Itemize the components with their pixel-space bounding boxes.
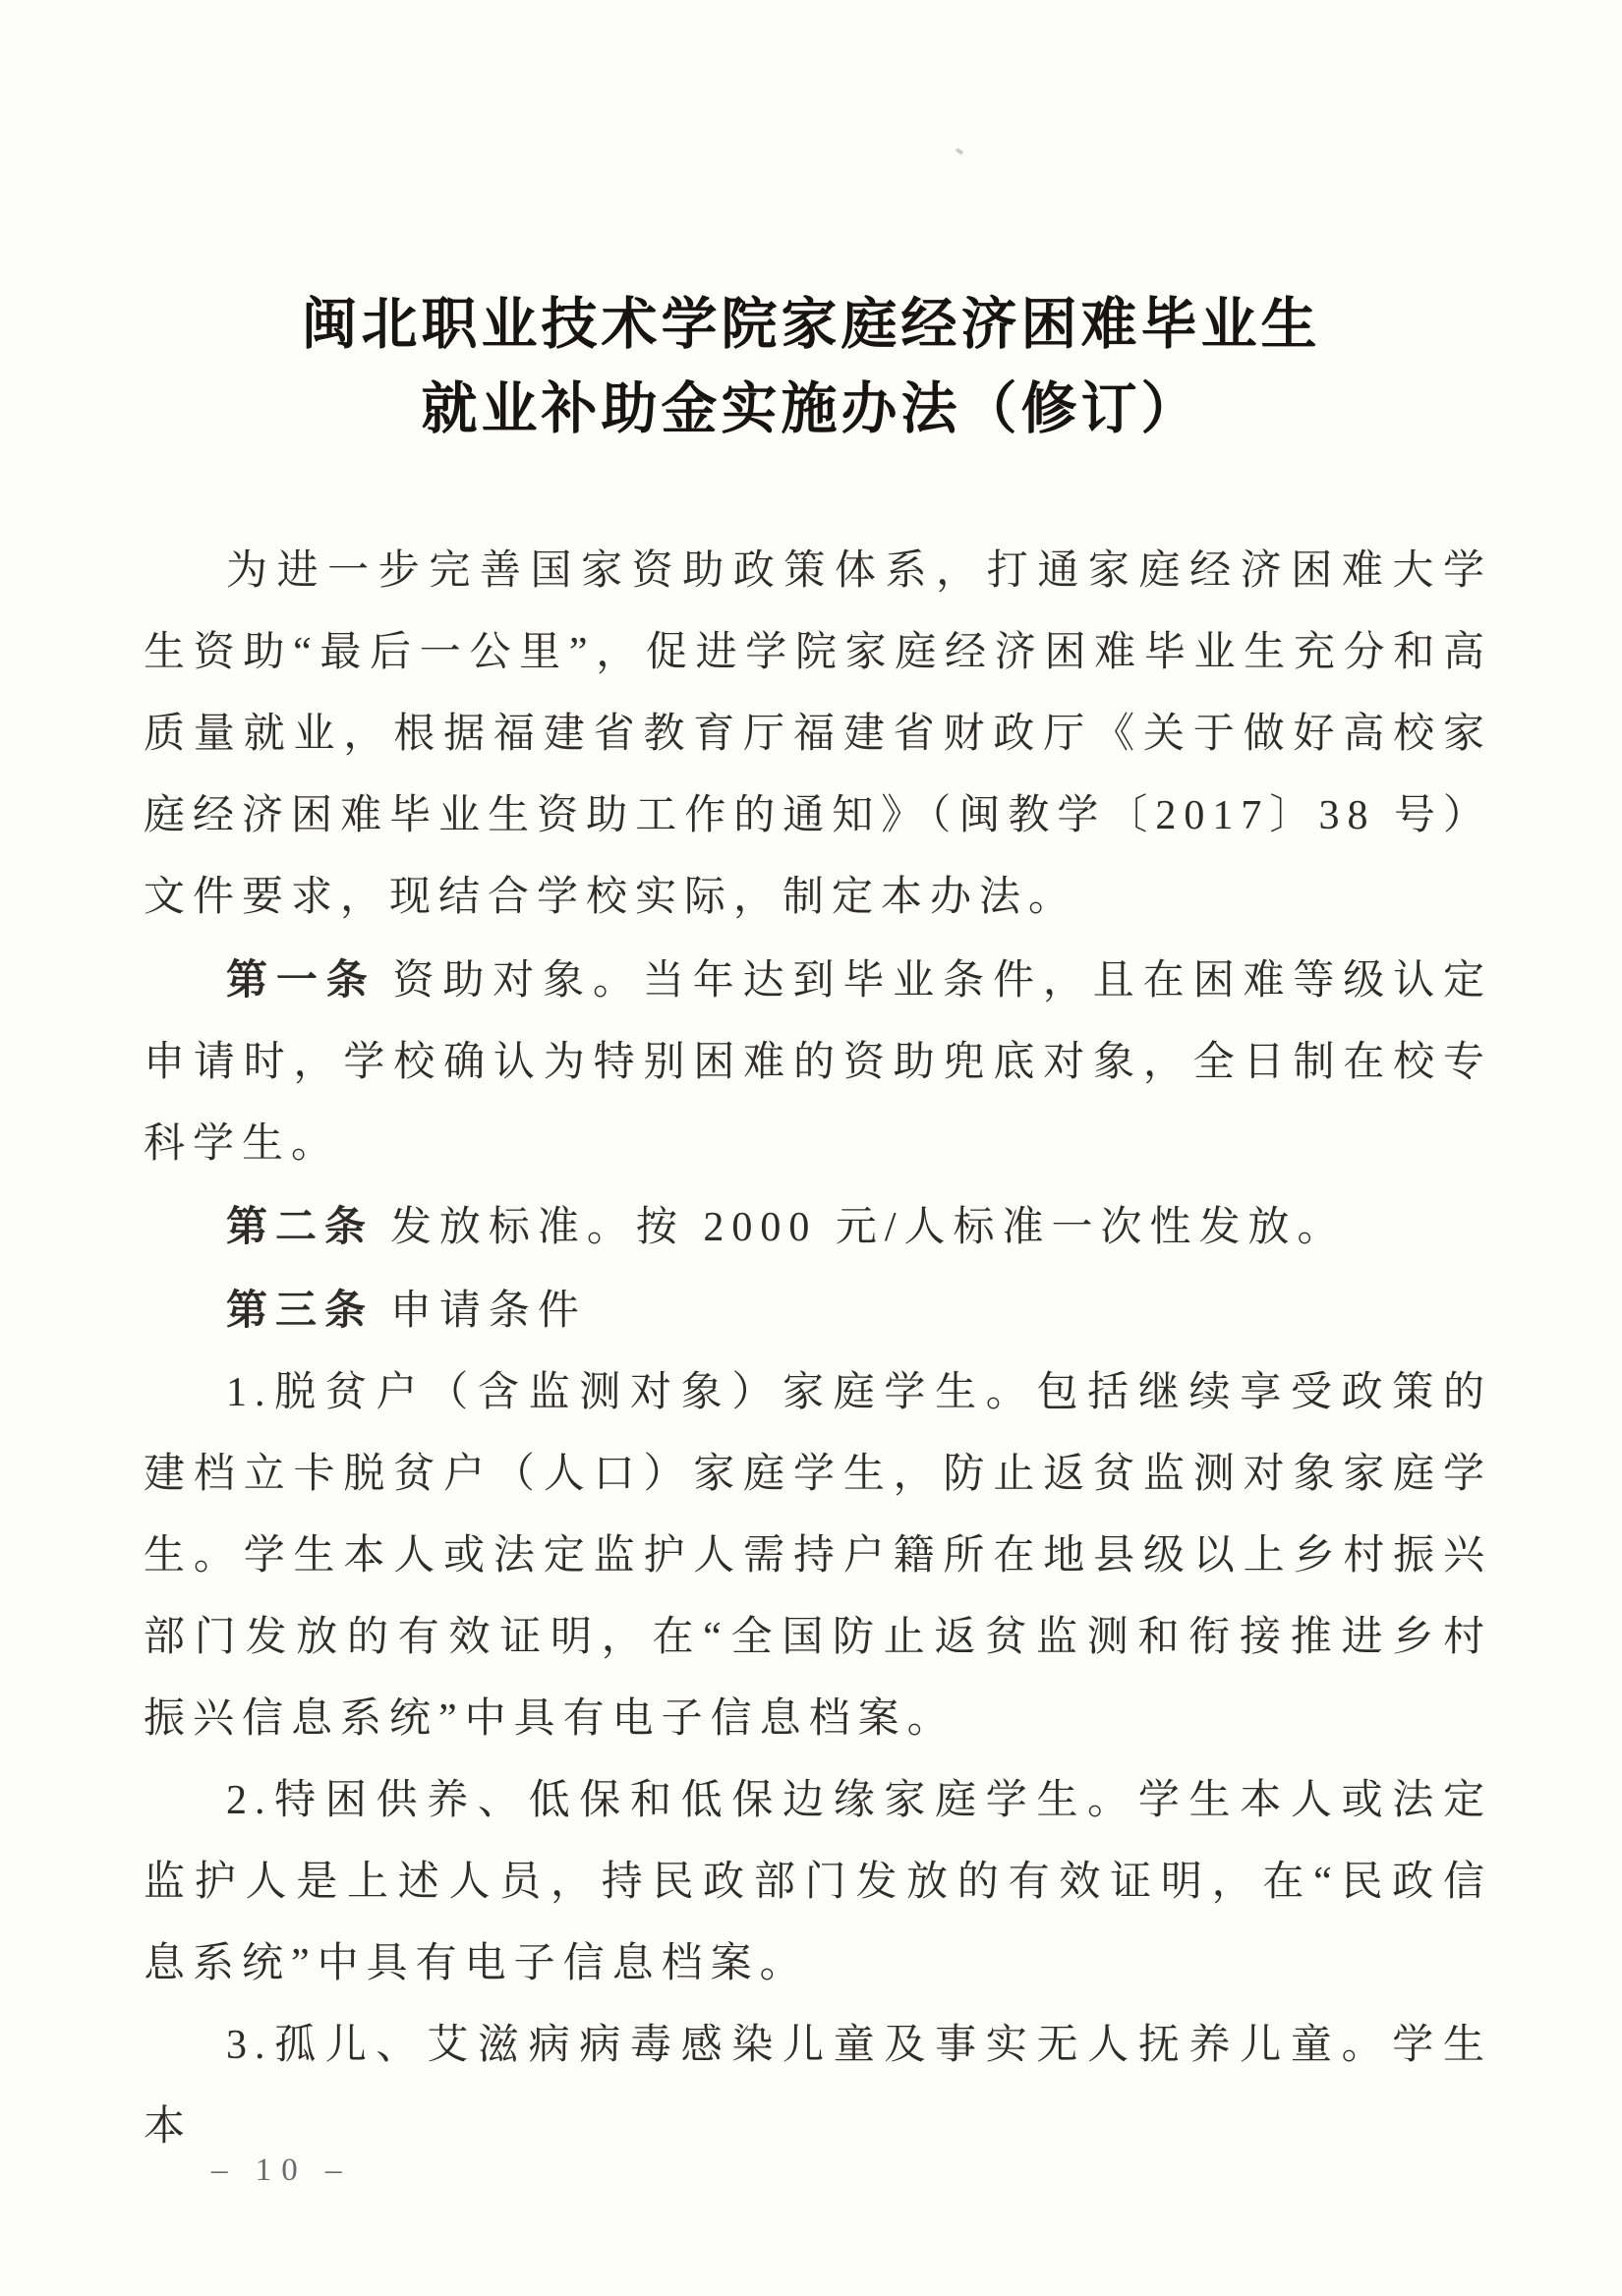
paragraph-intro: 为进一步完善国家资助政策体系，打通家庭经济困难大学生资助“最后一公里”，促进学院… xyxy=(144,531,1492,939)
scan-speck xyxy=(956,147,964,155)
article-3-lead: 第三条 xyxy=(226,1287,374,1333)
article-2-lead: 第二条 xyxy=(226,1203,374,1249)
paragraph-text: 2.特困供养、低保和低保边缘家庭学生。学生本人或法定监护人是上述人员，持民政部门… xyxy=(144,1778,1492,1986)
title-line-1: 闽北职业技术学院家庭经济困难毕业生 xyxy=(0,283,1622,368)
paragraph-text: 3.孤儿、艾滋病病毒感染儿童及事实无人抚养儿童。学生本 xyxy=(144,2023,1492,2150)
paragraph-article-1: 第一条资助对象。当年达到毕业条件，且在困难等级认定申请时，学校确认为特别困难的资… xyxy=(144,939,1492,1185)
paragraph-text: 1.脱贫户（含监测对象）家庭学生。包括继续享受政策的建档立卡脱贫户（人口）家庭学… xyxy=(144,1370,1492,1742)
scanned-document-page: 闽北职业技术学院家庭经济困难毕业生 就业补助金实施办法（修订） 为进一步完善国家… xyxy=(0,0,1622,2296)
paragraph-text: 发放标准。按 2000 元/人标准一次性发放。 xyxy=(390,1205,1347,1250)
document-body: 为进一步完善国家资助政策体系，打通家庭经济困难大学生资助“最后一公里”，促进学院… xyxy=(144,531,1492,2168)
paragraph-item-2: 2.特困供养、低保和低保边缘家庭学生。学生本人或法定监护人是上述人员，持民政部门… xyxy=(144,1760,1492,2005)
paragraph-item-1: 1.脱贫户（含监测对象）家庭学生。包括继续享受政策的建档立卡脱贫户（人口）家庭学… xyxy=(144,1352,1492,1760)
page-number: – 10 – xyxy=(211,2152,352,2189)
paragraph-article-3: 第三条申请条件 xyxy=(144,1269,1492,1352)
paragraph-item-3: 3.孤儿、艾滋病病毒感染儿童及事实无人抚养儿童。学生本 xyxy=(144,2005,1492,2168)
title-line-2: 就业补助金实施办法（修订） xyxy=(0,368,1622,452)
document-title: 闽北职业技术学院家庭经济困难毕业生 就业补助金实施办法（修订） xyxy=(0,283,1622,452)
paragraph-text: 为进一步完善国家资助政策体系，打通家庭经济困难大学生资助“最后一公里”，促进学院… xyxy=(144,548,1492,920)
article-1-lead: 第一条 xyxy=(226,956,377,1003)
paragraph-text: 申请条件 xyxy=(390,1289,587,1334)
paragraph-article-2: 第二条发放标准。按 2000 元/人标准一次性发放。 xyxy=(144,1185,1492,1269)
